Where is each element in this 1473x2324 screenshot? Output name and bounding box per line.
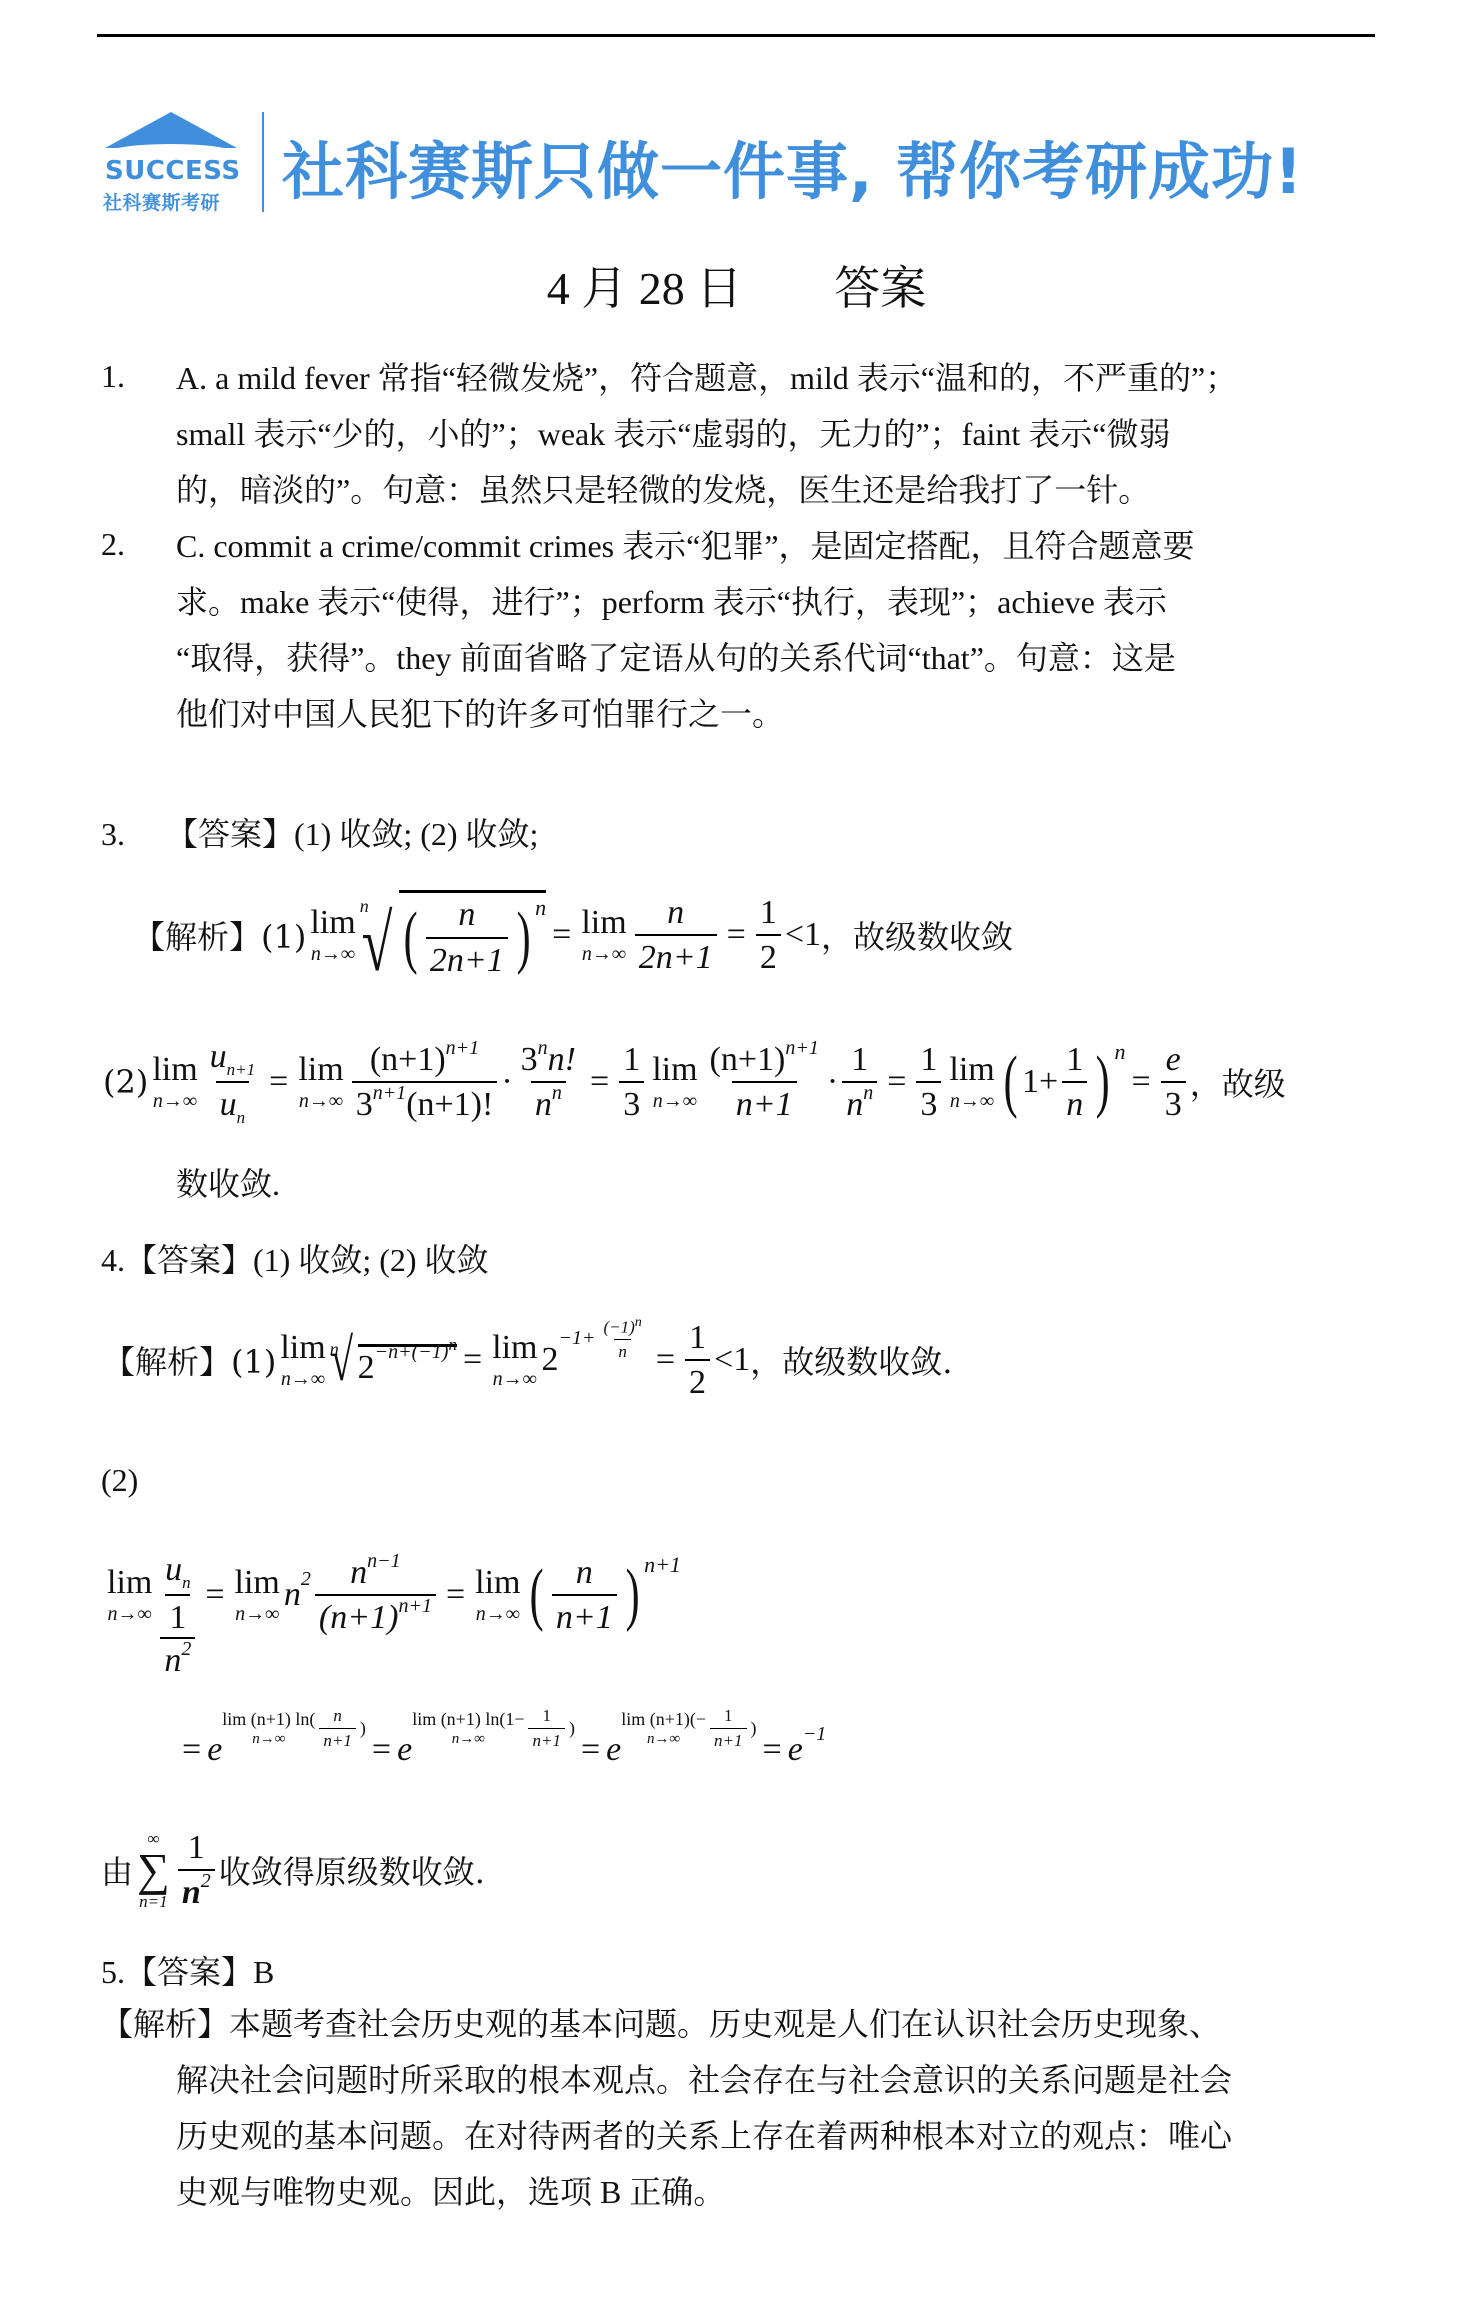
item-2-line-3: “取得，获得”。they 前面省略了定语从句的关系代词“that”。句意：这是: [176, 638, 1176, 678]
item-number: 1.: [101, 348, 125, 404]
analysis-label: 【解析】(1): [103, 1337, 276, 1383]
item-4-part2-formula: limn→∞ un 1 n2 = limn→∞ n2 nn−1(n+1)n+1 …: [103, 1530, 681, 1660]
item-4-sum-conclusion: 由 ∞ ∑ n=1 1n2 收敛得原级数收敛.: [101, 1820, 485, 1920]
item-3-answer: 【答案】(1) 收敛; (2) 收敛;: [166, 814, 538, 854]
roof-icon: [105, 112, 237, 148]
item-4-part2-label: (2): [101, 1460, 138, 1500]
brand-logo: SUCCESS 社科赛斯考研: [97, 108, 257, 218]
item-3-tail: 数收敛.: [176, 1164, 280, 1204]
item-number: 2.: [101, 516, 125, 572]
item-5-answer: 5.【答案】B: [101, 1952, 274, 1992]
logo-cn-text: 社科赛斯考研: [103, 188, 220, 215]
item-4-answer: 4.【答案】(1) 收敛; (2) 收敛: [101, 1240, 489, 1280]
item-1-line-3: 的，暗淡的”。句意：虽然只是轻微的发烧，医生还是给我打了一针。: [176, 470, 1150, 510]
top-rule: [97, 34, 1375, 37]
item-2-line-2: 求。make 表示“使得，进行”；perform 表示“执行，表现”；achie…: [176, 582, 1167, 622]
item-3-part2-formula: (2) limn→∞ un+1un = limn→∞ (n+1)n+13n+1(…: [103, 1022, 1286, 1142]
item-2-line-4: 他们对中国人民犯下的许多可怕罪行之一。: [176, 694, 784, 734]
item-5-analysis-line-1: 【解析】本题考查社会历史观的基本问题。历史观是人们在认识社会历史现象、: [101, 2004, 1221, 2044]
item-5-analysis-line-2: 解决社会问题时所采取的根本观点。社会存在与社会意识的关系问题是社会: [176, 2060, 1232, 2100]
lim: limn→∞: [310, 906, 355, 964]
item-4-part1-formula: 【解析】(1) limn→∞ n √ 2−n+(−1)n = limn→∞ 2 …: [103, 1310, 952, 1410]
item-4-exp-chain: =e lim (n+1) ln(n→∞ nn+1) =e lim (n+1) l…: [176, 1705, 826, 1795]
item-5-analysis-line-3: 历史观的基本问题。在对待两者的关系上存在着两种根本对立的观点：唯心: [176, 2116, 1232, 2156]
nth-root: n √ ( n2n+1 )n: [360, 890, 546, 979]
logo-wordmark: SUCCESS: [105, 156, 241, 186]
page-title: 4 月 28 日 答案: [0, 252, 1473, 318]
item-number: 3.: [101, 806, 125, 862]
brand-divider: [262, 112, 264, 212]
item-1-line-1: A. a mild fever 常指“轻微发烧”，符合题意，mild 表示“温和…: [176, 358, 1237, 398]
part-label: (2): [103, 1063, 148, 1101]
item-1-line-2: small 表示“少的，小的”；weak 表示“虚弱的，无力的”；faint 表…: [176, 414, 1171, 454]
analysis-label: 【解析】(1): [133, 912, 306, 958]
slogan: 社科赛斯只做一件事, 帮你考研成功!: [282, 122, 1303, 211]
item-3-part1-formula: 【解析】(1) limn→∞ n √ ( n2n+1 )n = limn→∞ n…: [133, 880, 1013, 990]
item-5-analysis-line-4: 史观与唯物史观。因此，选项 B 正确。: [176, 2172, 725, 2212]
item-2-line-1: C. commit a crime/commit crimes 表示“犯罪”，是…: [176, 526, 1195, 566]
